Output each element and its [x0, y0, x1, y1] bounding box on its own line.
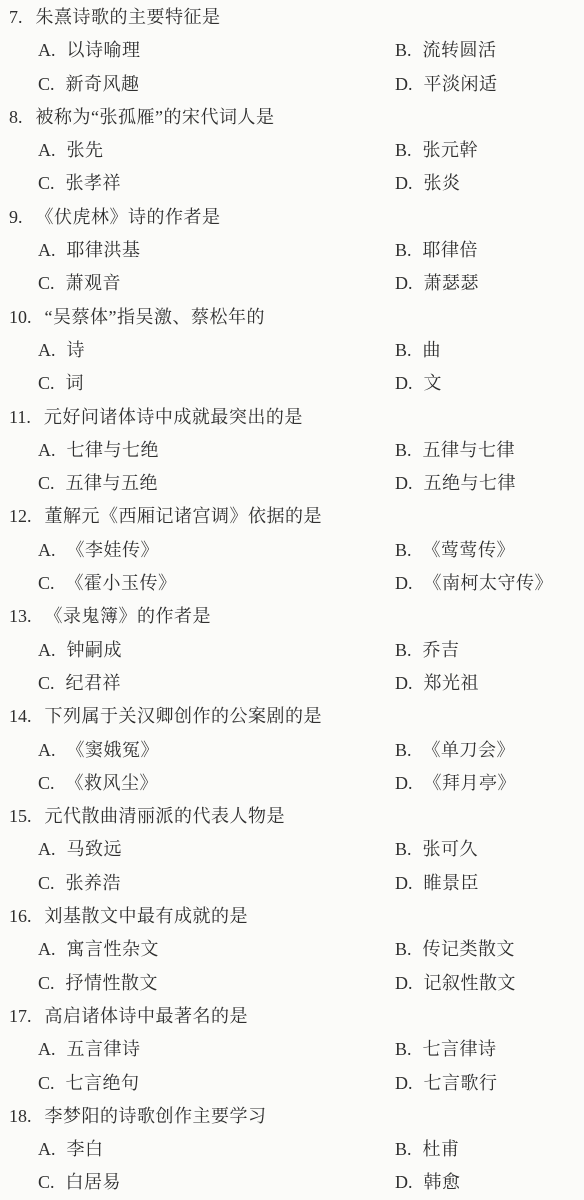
option-grid: A. 寓言性杂文 B. 传记类散文 C. 抒情性散文 D. 记叙性散文: [0, 933, 584, 1000]
option-d-text: 郑光祖: [424, 667, 480, 700]
option-c-label: C.: [38, 767, 55, 800]
question-text: 刘基散文中最有成就的是: [45, 900, 249, 933]
option-c-text: 五律与五绝: [66, 467, 159, 500]
question-number: 10.: [9, 301, 32, 334]
option-d-text: 《南柯太守传》: [424, 567, 554, 600]
option-c-label: C.: [38, 1067, 55, 1100]
question-block: 10. “吴蔡体”指吴激、蔡松年的 A. 诗 B. 曲 C. 词 D. 文: [0, 301, 584, 401]
question-number: 16.: [9, 900, 32, 933]
option-c-text: 张孝祥: [66, 167, 122, 200]
option-a-label: A.: [38, 34, 56, 67]
question-block: 7. 朱熹诗歌的主要特征是 A. 以诗喻理 B. 流转圆活 C. 新奇风趣 D.…: [0, 1, 584, 101]
option-grid: A. 七律与七绝 B. 五律与七律 C. 五律与五绝 D. 五绝与七律: [0, 434, 584, 501]
question-line: 9. 《伏虎林》诗的作者是: [0, 201, 584, 234]
option-d-label: D.: [395, 567, 413, 600]
option-a-label: A.: [38, 1033, 56, 1066]
option-c: C. 抒情性散文: [38, 967, 395, 1000]
question-block: 8. 被称为“张孤雁”的宋代词人是 A. 张先 B. 张元幹 C. 张孝祥 D.…: [0, 101, 584, 201]
option-b-text: 传记类散文: [423, 933, 516, 966]
question-line: 11. 元好问诸体诗中成就最突出的是: [0, 401, 584, 434]
option-b: B. 杜甫: [395, 1133, 584, 1166]
option-c: C. 《霍小玉传》: [38, 567, 395, 600]
option-b-text: 张元幹: [423, 134, 479, 167]
option-grid: A. 钟嗣成 B. 乔吉 C. 纪君祥 D. 郑光祖: [0, 634, 584, 701]
question-number: 12.: [9, 500, 32, 533]
option-b-text: 张可久: [423, 833, 479, 866]
question-line: 8. 被称为“张孤雁”的宋代词人是: [0, 101, 584, 134]
option-c-label: C.: [38, 1166, 55, 1199]
option-a: A. 寓言性杂文: [38, 933, 395, 966]
option-a: A. 七律与七绝: [38, 434, 395, 467]
option-d-text: 韩愈: [424, 1166, 461, 1199]
option-grid: A. 以诗喻理 B. 流转圆活 C. 新奇风趣 D. 平淡闲适: [0, 34, 584, 101]
question-line: 14. 下列属于关汉卿创作的公案剧的是: [0, 700, 584, 733]
option-d: D. 记叙性散文: [395, 967, 584, 1000]
question-list: 7. 朱熹诗歌的主要特征是 A. 以诗喻理 B. 流转圆活 C. 新奇风趣 D.…: [0, 0, 584, 1200]
option-a-text: 《窦娥冤》: [67, 734, 160, 767]
option-b-label: B.: [395, 134, 412, 167]
option-b: B. 张可久: [395, 833, 584, 866]
option-b-label: B.: [395, 634, 412, 667]
question-block: 11. 元好问诸体诗中成就最突出的是 A. 七律与七绝 B. 五律与七律 C. …: [0, 401, 584, 501]
option-a: A. 《李娃传》: [38, 534, 395, 567]
option-b-label: B.: [395, 234, 412, 267]
option-a: A. 马致远: [38, 833, 395, 866]
question-text: 《录鬼簿》的作者是: [45, 600, 212, 633]
question-number: 18.: [9, 1100, 32, 1133]
option-b-text: 杜甫: [423, 1133, 460, 1166]
option-d-label: D.: [395, 867, 413, 900]
option-d: D. 《拜月亭》: [395, 767, 584, 800]
option-d-label: D.: [395, 967, 413, 1000]
option-a-label: A.: [38, 134, 56, 167]
option-d-text: 记叙性散文: [424, 967, 517, 1000]
question-text: 朱熹诗歌的主要特征是: [36, 1, 221, 34]
question-number: 13.: [9, 600, 32, 633]
option-d-text: 五绝与七律: [424, 467, 517, 500]
option-a: A. 以诗喻理: [38, 34, 395, 67]
option-a-text: 寓言性杂文: [67, 933, 160, 966]
option-a: A. 耶律洪基: [38, 234, 395, 267]
option-b-label: B.: [395, 1033, 412, 1066]
option-d-label: D.: [395, 1166, 413, 1199]
option-b: B. 张元幹: [395, 134, 584, 167]
question-number: 14.: [9, 700, 32, 733]
option-a: A. 五言律诗: [38, 1033, 395, 1066]
option-b: B. 《莺莺传》: [395, 534, 584, 567]
question-block: 17. 高启诸体诗中最著名的是 A. 五言律诗 B. 七言律诗 C. 七言绝句 …: [0, 1000, 584, 1100]
option-d: D. 张炎: [395, 167, 584, 200]
option-d-label: D.: [395, 167, 413, 200]
question-block: 18. 李梦阳的诗歌创作主要学习 A. 李白 B. 杜甫 C. 白居易 D. 韩…: [0, 1100, 584, 1200]
option-d: D. 郑光祖: [395, 667, 584, 700]
option-c-label: C.: [38, 267, 55, 300]
question-number: 17.: [9, 1000, 32, 1033]
question-text: “吴蔡体”指吴激、蔡松年的: [45, 301, 265, 334]
option-d-text: 文: [424, 367, 443, 400]
question-line: 12. 董解元《西厢记诸宫调》依据的是: [0, 500, 584, 533]
option-b-text: 乔吉: [423, 634, 460, 667]
option-d-text: 七言歌行: [424, 1067, 498, 1100]
option-a-label: A.: [38, 833, 56, 866]
option-c-text: 张养浩: [66, 867, 122, 900]
option-d-label: D.: [395, 767, 413, 800]
option-b: B. 《单刀会》: [395, 734, 584, 767]
option-a-label: A.: [38, 234, 56, 267]
question-text: 元好问诸体诗中成就最突出的是: [44, 401, 303, 434]
option-b-label: B.: [395, 34, 412, 67]
option-b-text: 耶律倍: [423, 234, 479, 267]
option-grid: A. 诗 B. 曲 C. 词 D. 文: [0, 334, 584, 401]
option-c: C. 白居易: [38, 1166, 395, 1199]
option-grid: A. 马致远 B. 张可久 C. 张养浩 D. 睢景臣: [0, 833, 584, 900]
option-a: A. 《窦娥冤》: [38, 734, 395, 767]
question-number: 9.: [9, 201, 23, 234]
question-block: 15. 元代散曲清丽派的代表人物是 A. 马致远 B. 张可久 C. 张养浩 D…: [0, 800, 584, 900]
option-b-label: B.: [395, 434, 412, 467]
option-c-label: C.: [38, 167, 55, 200]
option-b-text: 五律与七律: [423, 434, 516, 467]
option-a-label: A.: [38, 933, 56, 966]
option-c-label: C.: [38, 367, 55, 400]
option-a-text: 耶律洪基: [67, 234, 141, 267]
option-a-text: 张先: [67, 134, 104, 167]
option-c-text: 抒情性散文: [66, 967, 159, 1000]
option-a-text: 马致远: [67, 833, 123, 866]
question-text: 下列属于关汉卿创作的公案剧的是: [45, 700, 323, 733]
option-b: B. 流转圆活: [395, 34, 584, 67]
option-c: C. 新奇风趣: [38, 68, 395, 101]
option-d: D. 平淡闲适: [395, 68, 584, 101]
option-a: A. 张先: [38, 134, 395, 167]
option-c-label: C.: [38, 867, 55, 900]
question-block: 9. 《伏虎林》诗的作者是 A. 耶律洪基 B. 耶律倍 C. 萧观音 D. 萧…: [0, 201, 584, 301]
option-a-text: 七律与七绝: [67, 434, 160, 467]
option-d: D. 韩愈: [395, 1166, 584, 1199]
option-d-text: 张炎: [424, 167, 461, 200]
question-text: 李梦阳的诗歌创作主要学习: [45, 1100, 267, 1133]
question-text: 《伏虎林》诗的作者是: [36, 201, 221, 234]
option-b: B. 乔吉: [395, 634, 584, 667]
option-d-text: 萧瑟瑟: [424, 267, 480, 300]
question-text: 被称为“张孤雁”的宋代词人是: [36, 101, 275, 134]
option-c-text: 七言绝句: [66, 1067, 140, 1100]
option-grid: A. 张先 B. 张元幹 C. 张孝祥 D. 张炎: [0, 134, 584, 201]
option-c-text: 《霍小玉传》: [66, 567, 177, 600]
question-number: 11.: [9, 401, 31, 434]
option-b: B. 五律与七律: [395, 434, 584, 467]
question-line: 17. 高启诸体诗中最著名的是: [0, 1000, 584, 1033]
option-a-text: 《李娃传》: [67, 534, 160, 567]
option-c-label: C.: [38, 667, 55, 700]
question-block: 14. 下列属于关汉卿创作的公案剧的是 A. 《窦娥冤》 B. 《单刀会》 C.…: [0, 700, 584, 800]
question-block: 12. 董解元《西厢记诸宫调》依据的是 A. 《李娃传》 B. 《莺莺传》 C.…: [0, 500, 584, 600]
option-d: D. 《南柯太守传》: [395, 567, 584, 600]
question-line: 18. 李梦阳的诗歌创作主要学习: [0, 1100, 584, 1133]
option-b-text: 《莺莺传》: [423, 534, 516, 567]
question-line: 16. 刘基散文中最有成就的是: [0, 900, 584, 933]
question-text: 高启诸体诗中最著名的是: [45, 1000, 249, 1033]
option-c-text: 纪君祥: [66, 667, 122, 700]
option-a-text: 以诗喻理: [67, 34, 141, 67]
option-d: D. 睢景臣: [395, 867, 584, 900]
option-d-label: D.: [395, 367, 413, 400]
option-a: A. 诗: [38, 334, 395, 367]
option-a-label: A.: [38, 334, 56, 367]
option-grid: A. 五言律诗 B. 七言律诗 C. 七言绝句 D. 七言歌行: [0, 1033, 584, 1100]
option-d-text: 《拜月亭》: [424, 767, 517, 800]
option-c-text: 萧观音: [66, 267, 122, 300]
option-a: A. 李白: [38, 1133, 395, 1166]
option-d: D. 文: [395, 367, 584, 400]
option-b-text: 《单刀会》: [423, 734, 516, 767]
option-d-text: 平淡闲适: [424, 68, 498, 101]
option-grid: A. 《窦娥冤》 B. 《单刀会》 C. 《救风尘》 D. 《拜月亭》: [0, 734, 584, 801]
option-a-label: A.: [38, 1133, 56, 1166]
question-line: 15. 元代散曲清丽派的代表人物是: [0, 800, 584, 833]
option-c: C. 七言绝句: [38, 1067, 395, 1100]
option-a-text: 钟嗣成: [67, 634, 123, 667]
option-b-text: 曲: [423, 334, 442, 367]
option-d-label: D.: [395, 68, 413, 101]
option-c-text: 新奇风趣: [66, 68, 140, 101]
option-b-label: B.: [395, 1133, 412, 1166]
question-number: 15.: [9, 800, 32, 833]
option-d: D. 七言歌行: [395, 1067, 584, 1100]
option-d: D. 五绝与七律: [395, 467, 584, 500]
option-b-label: B.: [395, 334, 412, 367]
option-b-text: 七言律诗: [423, 1033, 497, 1066]
option-b-label: B.: [395, 933, 412, 966]
option-d-label: D.: [395, 667, 413, 700]
option-c: C. 纪君祥: [38, 667, 395, 700]
option-c-text: 白居易: [66, 1166, 122, 1199]
option-c: C. 萧观音: [38, 267, 395, 300]
option-a-text: 诗: [67, 334, 86, 367]
option-c: C. 五律与五绝: [38, 467, 395, 500]
option-c: C. 张养浩: [38, 867, 395, 900]
option-c: C. 《救风尘》: [38, 767, 395, 800]
option-c-text: 词: [66, 367, 85, 400]
option-a-text: 五言律诗: [67, 1033, 141, 1066]
question-block: 13. 《录鬼簿》的作者是 A. 钟嗣成 B. 乔吉 C. 纪君祥 D. 郑光祖: [0, 600, 584, 700]
option-d-label: D.: [395, 267, 413, 300]
question-number: 7.: [9, 1, 23, 34]
option-grid: A. 耶律洪基 B. 耶律倍 C. 萧观音 D. 萧瑟瑟: [0, 234, 584, 301]
question-line: 7. 朱熹诗歌的主要特征是: [0, 1, 584, 34]
option-c-label: C.: [38, 68, 55, 101]
option-b: B. 曲: [395, 334, 584, 367]
question-block: 16. 刘基散文中最有成就的是 A. 寓言性杂文 B. 传记类散文 C. 抒情性…: [0, 900, 584, 1000]
option-c-label: C.: [38, 567, 55, 600]
option-c-text: 《救风尘》: [66, 767, 159, 800]
option-d: D. 萧瑟瑟: [395, 267, 584, 300]
option-grid: A. 《李娃传》 B. 《莺莺传》 C. 《霍小玉传》 D. 《南柯太守传》: [0, 534, 584, 601]
option-a-label: A.: [38, 534, 56, 567]
question-line: 10. “吴蔡体”指吴激、蔡松年的: [0, 301, 584, 334]
option-c-label: C.: [38, 967, 55, 1000]
option-a-label: A.: [38, 434, 56, 467]
question-text: 元代散曲清丽派的代表人物是: [45, 800, 286, 833]
option-d-label: D.: [395, 467, 413, 500]
option-a-label: A.: [38, 634, 56, 667]
option-a-label: A.: [38, 734, 56, 767]
question-number: 8.: [9, 101, 23, 134]
option-c-label: C.: [38, 467, 55, 500]
option-d-text: 睢景臣: [424, 867, 480, 900]
option-b: B. 七言律诗: [395, 1033, 584, 1066]
option-d-label: D.: [395, 1067, 413, 1100]
option-b: B. 传记类散文: [395, 933, 584, 966]
option-a-text: 李白: [67, 1133, 104, 1166]
option-b-text: 流转圆活: [423, 34, 497, 67]
question-text: 董解元《西厢记诸宫调》依据的是: [45, 500, 323, 533]
option-b-label: B.: [395, 734, 412, 767]
option-b: B. 耶律倍: [395, 234, 584, 267]
question-line: 13. 《录鬼簿》的作者是: [0, 600, 584, 633]
option-b-label: B.: [395, 534, 412, 567]
option-grid: A. 李白 B. 杜甫 C. 白居易 D. 韩愈: [0, 1133, 584, 1200]
option-a: A. 钟嗣成: [38, 634, 395, 667]
option-b-label: B.: [395, 833, 412, 866]
option-c: C. 张孝祥: [38, 167, 395, 200]
option-c: C. 词: [38, 367, 395, 400]
